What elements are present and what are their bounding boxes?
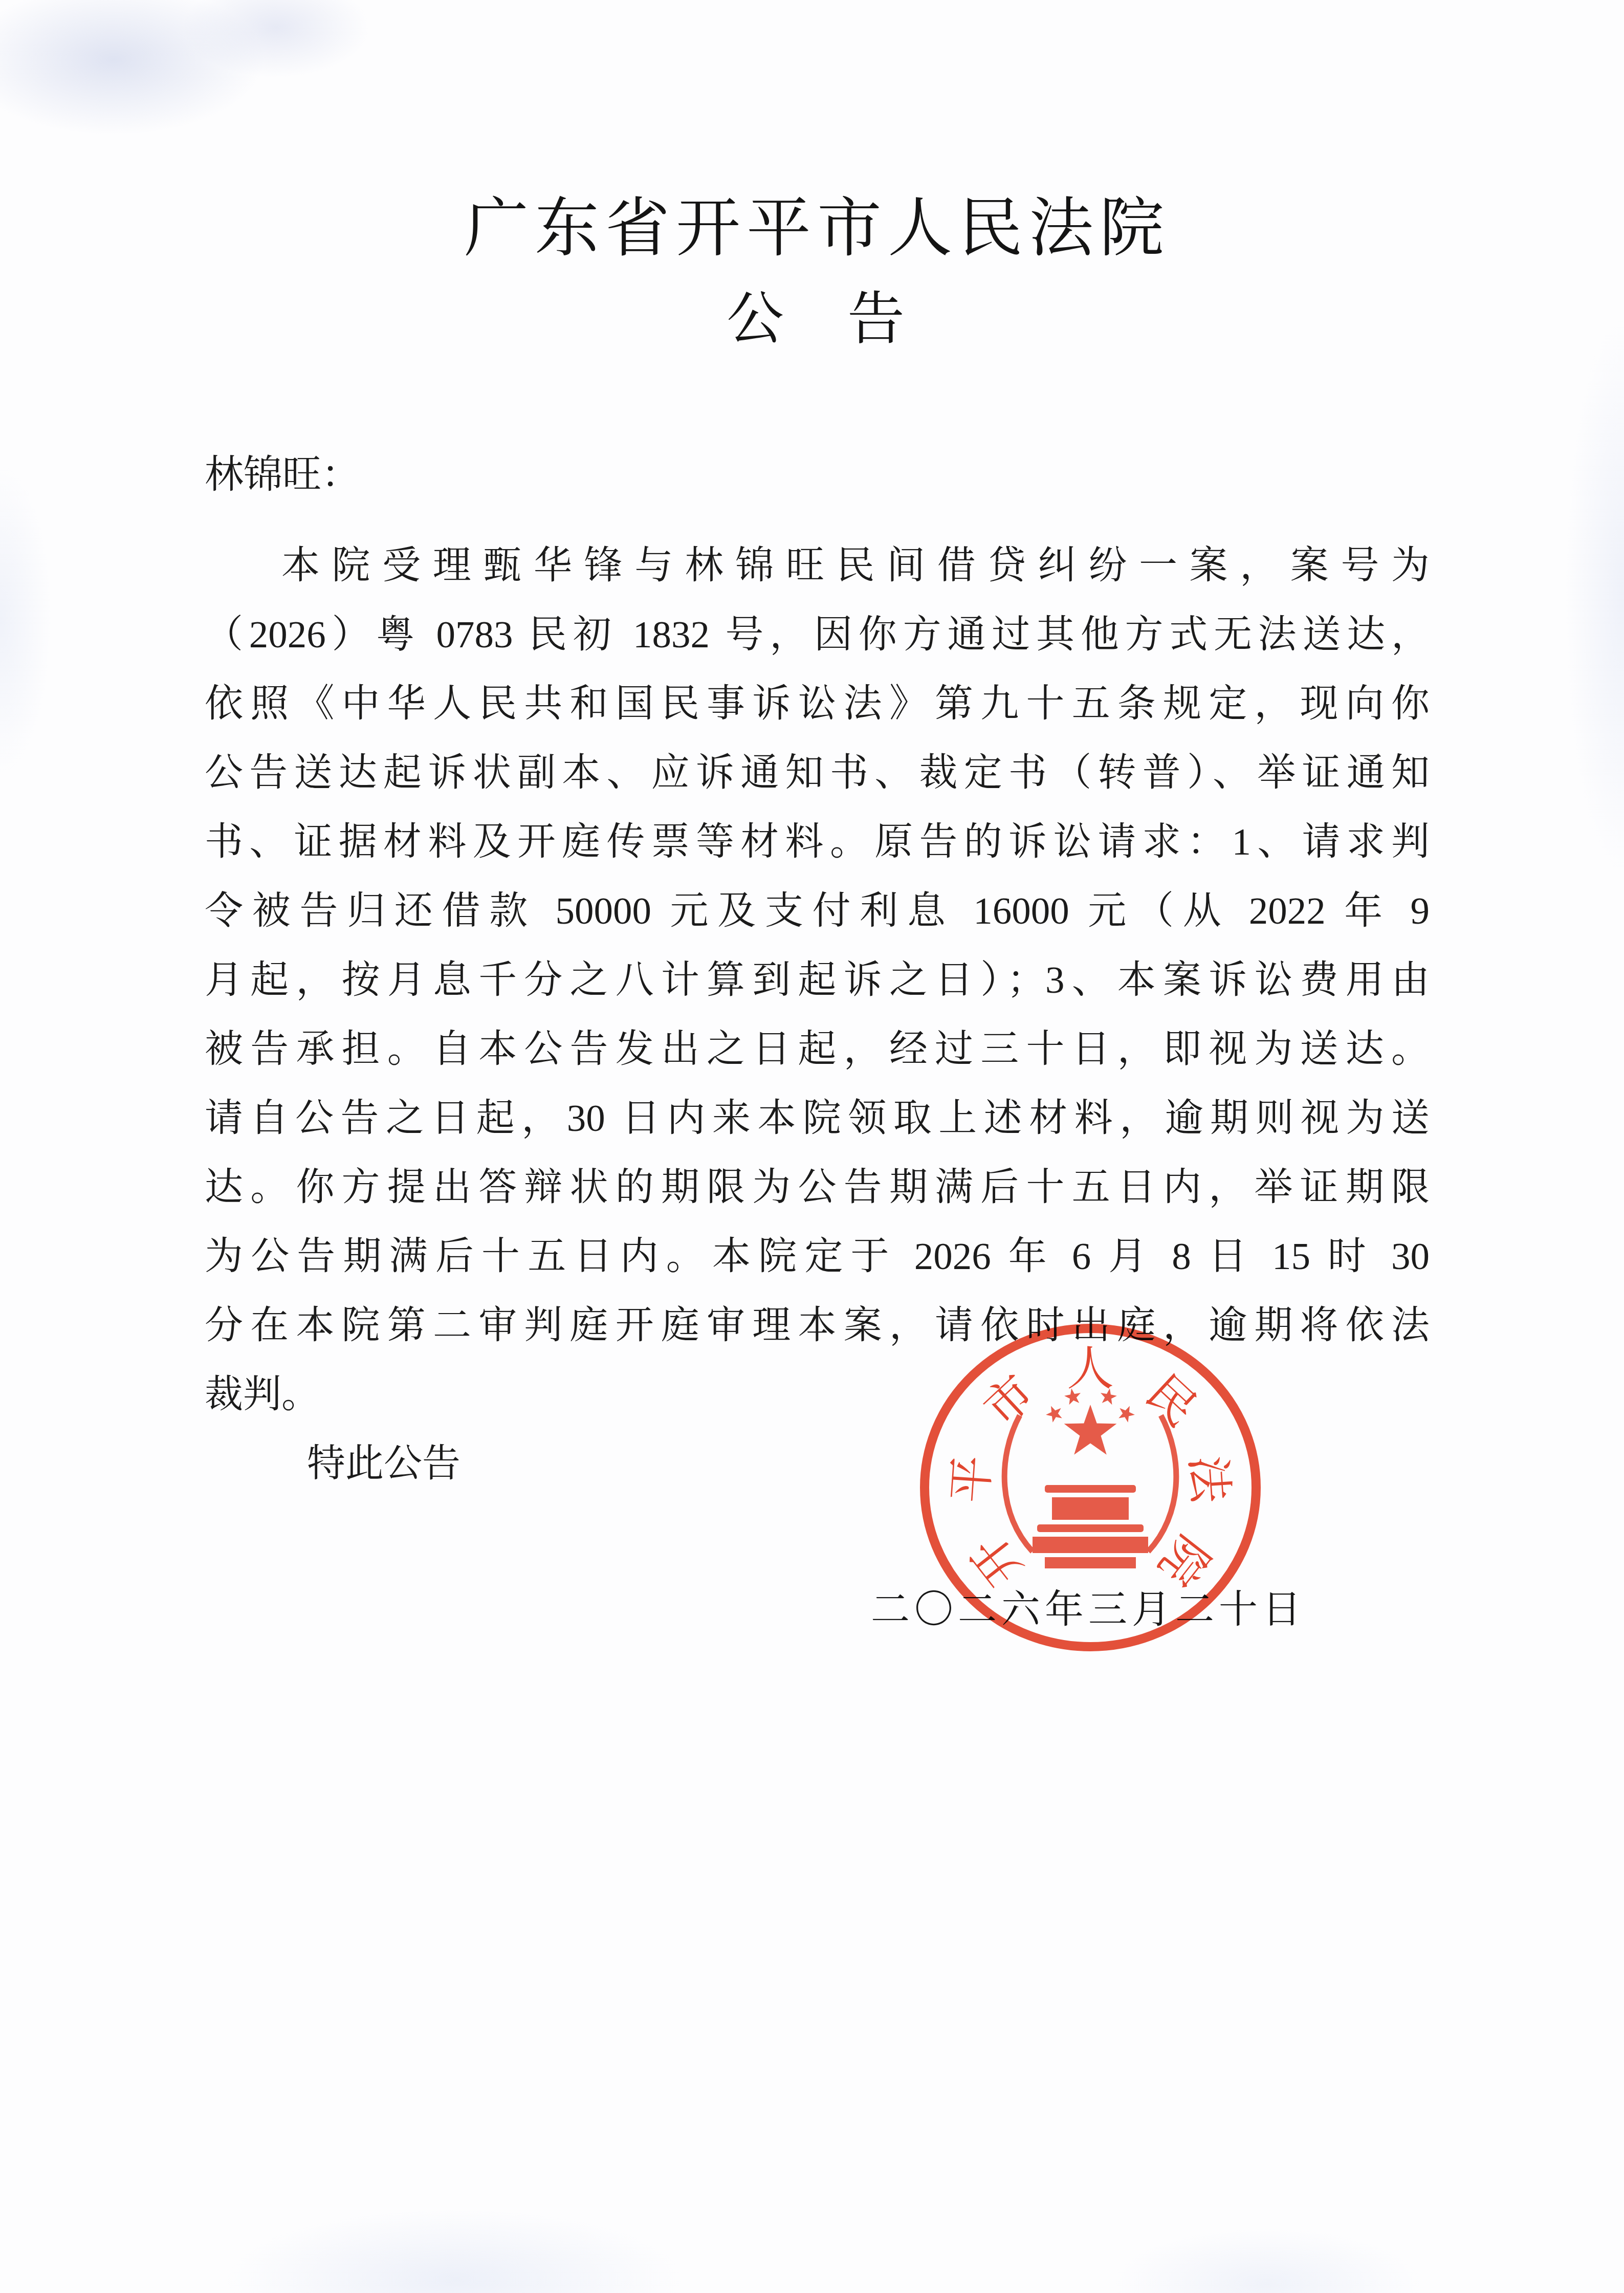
body-line: 书、证据材料及开庭传票等材料。原告的诉讼请求：1、请求判 — [205, 807, 1430, 877]
emblem-big-star-icon — [1064, 1405, 1117, 1455]
seal-char: 市 — [974, 1366, 1044, 1436]
seal-char: 平 — [944, 1454, 999, 1504]
body-line: 公告送达起诉状副本、应诉通知书、裁定书（转普）、举证通知 — [205, 738, 1430, 807]
body-line: 依照《中华人民共和国民事诉讼法》第九十五条规定，现向你 — [205, 669, 1430, 738]
body-line: 月起，按月息千分之八计算到起诉之日）；3、本案诉讼费用由 — [205, 946, 1430, 1015]
seal-char: 人 — [1067, 1343, 1114, 1395]
official-seal: 开 平 市 人 民 法 院 — [911, 1315, 1270, 1660]
body-line: （2026）粤 0783 民初 1832 号，因你方通过其他方式无法送达， — [205, 600, 1430, 669]
court-announcement-page: 广东省开平市人民法院 公 告 林锦旺： 本院受理甄华锋与林锦旺民间借贷纠纷一案，… — [0, 0, 1624, 2293]
emblem-small-star-icon — [1043, 1403, 1065, 1424]
recipient-line: 林锦旺： — [205, 446, 1430, 504]
emblem-small-star-icon — [1116, 1403, 1137, 1424]
body-line: 请自公告之日起，30 日内来本院领取上述材料，逾期则视为送 — [205, 1084, 1430, 1153]
document-type-heading: 公 告 — [205, 286, 1430, 354]
seal-char: 法 — [1181, 1454, 1236, 1505]
body-line: 达。你方提出答辩状的期限为公告期满后十五日内，举证期限 — [205, 1153, 1430, 1222]
seal-graphic: 开 平 市 人 民 法 院 — [911, 1315, 1270, 1660]
body-line: 令被告归还借款 50000 元及支付利息 16000 元（从 2022 年 9 — [205, 877, 1430, 946]
body-line: 被告承担。自本公告发出之日起，经过三十日，即视为送达。 — [205, 1015, 1430, 1084]
body-line: 为公告期满后十五日内。本院定于 2026 年 6 月 8 日 15 时 30 — [205, 1222, 1430, 1291]
document-content: 广东省开平市人民法院 公 告 林锦旺： 本院受理甄华锋与林锦旺民间借贷纠纷一案，… — [205, 190, 1430, 1498]
court-name-title: 广东省开平市人民法院 — [205, 190, 1430, 268]
seal-char: 民 — [1136, 1366, 1206, 1436]
body-line: 本院受理甄华锋与林锦旺民间借贷纠纷一案，案号为 — [205, 531, 1430, 600]
